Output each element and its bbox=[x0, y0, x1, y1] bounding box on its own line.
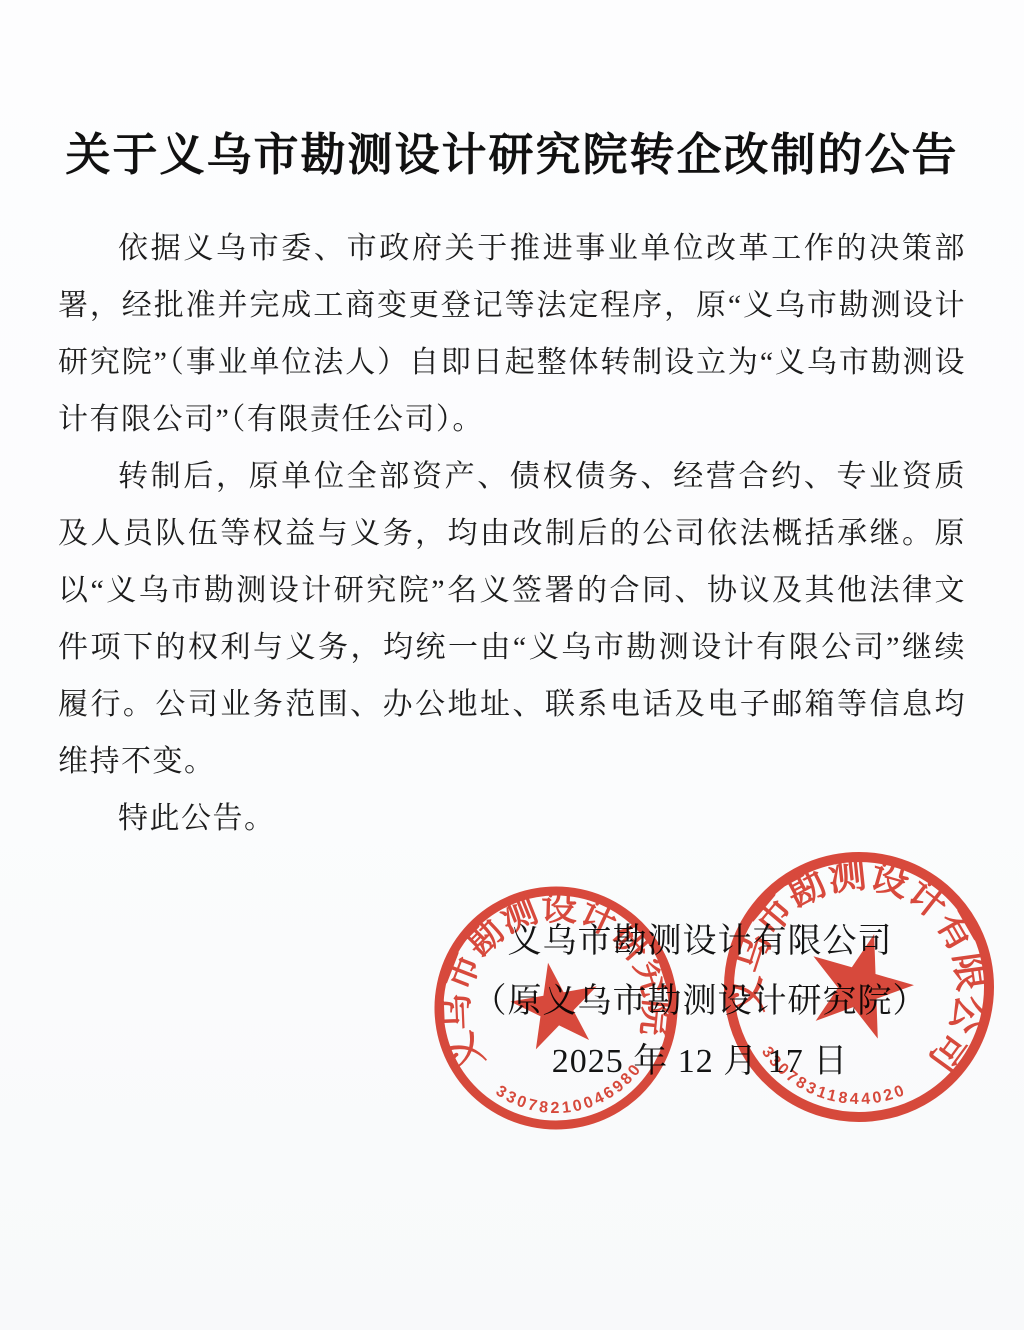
page-title: 关于义乌市勘测设计研究院转企改制的公告 bbox=[0, 0, 1024, 188]
announcement-document: 关于义乌市勘测设计研究院转企改制的公告 依据义乌市委、市政府关于推进事业单位改革… bbox=[0, 0, 1024, 1330]
paragraph-2: 转制后，原单位全部资产、债权债务、经营合约、专业资质及人员队伍等权益与义务，均由… bbox=[58, 448, 966, 790]
star-icon bbox=[796, 920, 924, 1044]
paragraph-1: 依据义乌市委、市政府关于推进事业单位改革工作的决策部署，经批准并完成工商变更登记… bbox=[58, 220, 966, 448]
star-icon bbox=[505, 955, 606, 1052]
document-body: 依据义乌市委、市政府关于推进事业单位改革工作的决策部署，经批准并完成工商变更登记… bbox=[58, 220, 966, 847]
official-seal-research-institute: 义乌市勘测设计研究院 33078210046980 bbox=[405, 857, 706, 1158]
official-seal-limited-company: 义乌市勘测设计有限公司 33078311844020 bbox=[680, 808, 1024, 1167]
